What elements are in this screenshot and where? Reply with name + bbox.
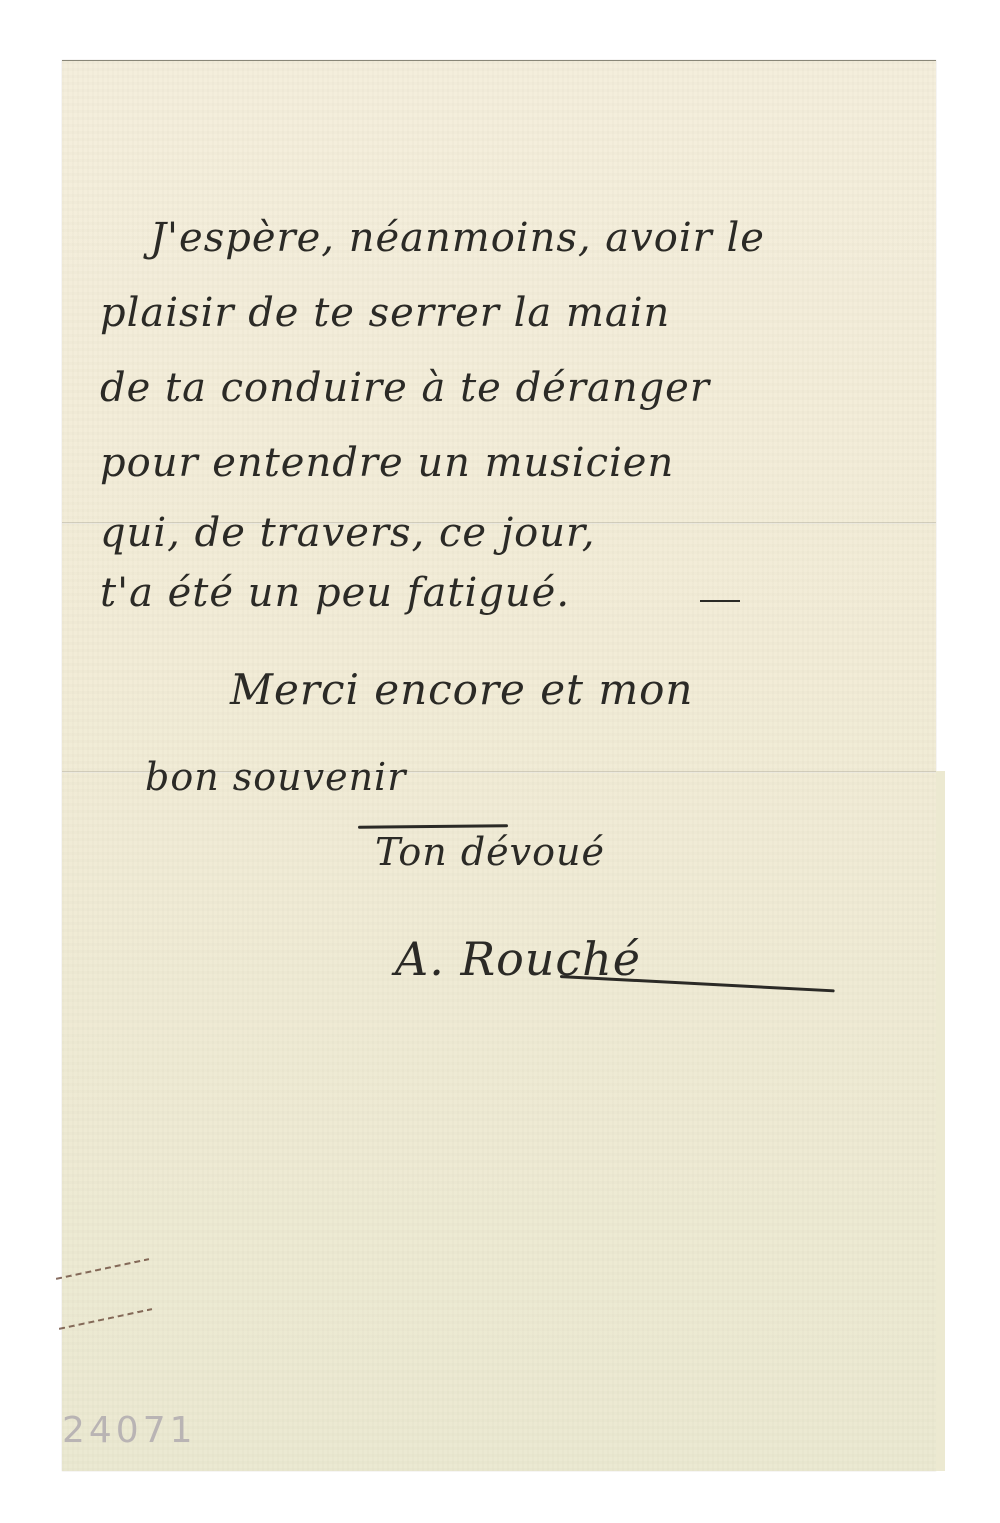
closing-line-2: bon souvenir (145, 755, 406, 799)
letter-line-4: pour entendre un musicien (100, 440, 674, 486)
letter-line-1: J'espère, néanmoins, avoir le (150, 215, 765, 261)
letter-line-6: t'a été un peu fatigué. (100, 570, 570, 616)
valediction: Ton dévoué (375, 830, 605, 874)
inventory-number: 24071 (62, 1410, 197, 1451)
closing-line-1: Merci encore et mon (230, 665, 694, 714)
closing-dash (700, 600, 740, 602)
letter-line-5: qui, de travers, ce jour, (100, 510, 595, 556)
letter-line-3: de ta conduire à te déranger (100, 365, 710, 411)
paper-edge (936, 771, 945, 1471)
letter-line-2: plaisir de te serrer la main (100, 290, 670, 336)
